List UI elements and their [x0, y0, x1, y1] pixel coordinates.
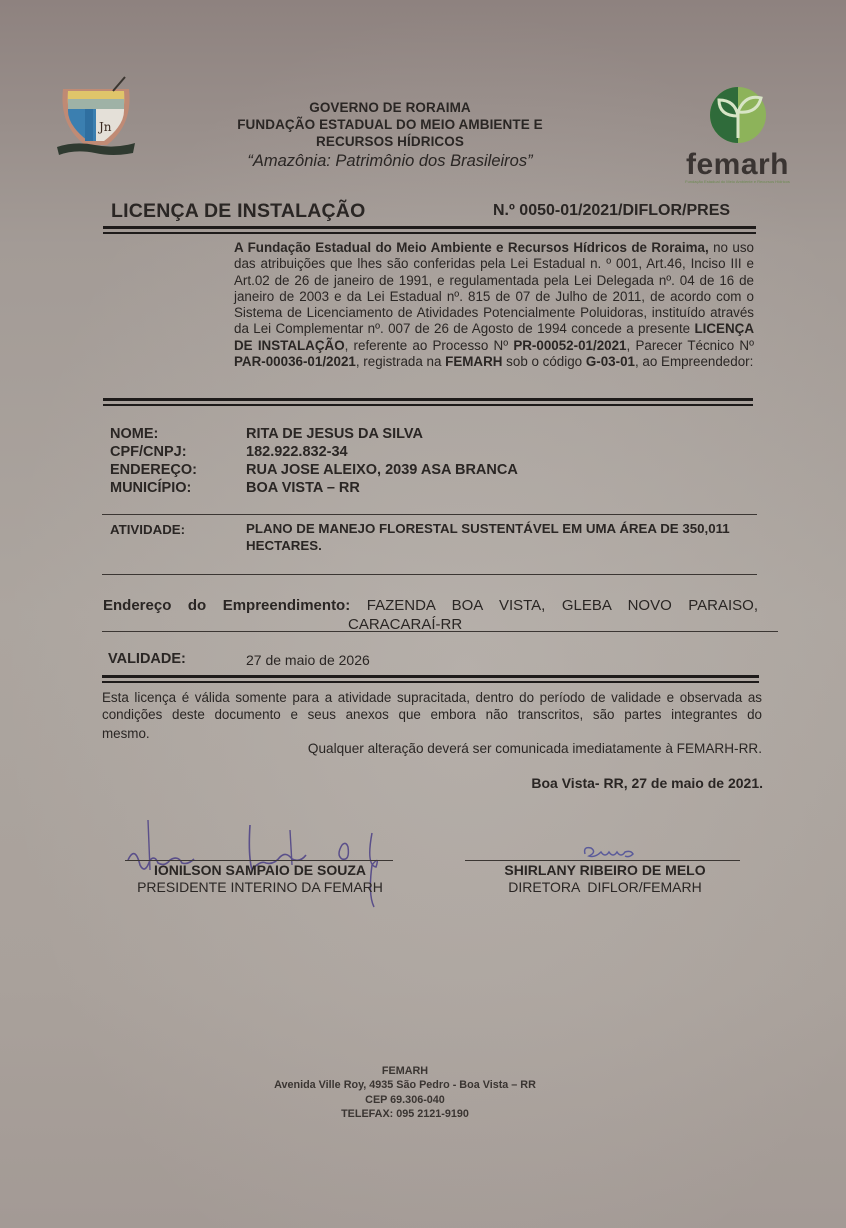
divider	[103, 226, 756, 234]
signature-line	[125, 860, 393, 861]
document-title: LICENÇA DE INSTALAÇÃO	[111, 200, 365, 223]
government-name: GOVERNO DE RORAIMA	[190, 99, 590, 116]
roraima-state-coat-of-arms-icon: Jn	[55, 75, 137, 163]
motto: “Amazônia: Patrimônio dos Brasileiros”	[190, 151, 590, 171]
address-value: RUA JOSE ALEIXO, 2039 ASA BRANCA	[246, 462, 518, 480]
process-number: PR-00052-01/2021	[513, 338, 626, 353]
registration-code: G-03-01	[586, 354, 635, 369]
address-label: ENDEREÇO:	[110, 462, 197, 480]
signer-name: IONILSON SAMPAIO DE SOUZA	[110, 862, 410, 879]
validity-value: 27 de maio de 2026	[246, 652, 370, 668]
divider	[102, 675, 759, 683]
name-value: RITA DE JESUS DA SILVA	[246, 426, 423, 444]
document-number: N.º 0050-01/2021/DIFLOR/PRES	[493, 202, 730, 220]
footer-address: Avenida Ville Roy, 4935 São Pedro - Boa …	[240, 1078, 570, 1092]
name-label: NOME:	[110, 426, 158, 444]
femarh-logo: femarh Fundação Estadual do Meio Ambient…	[680, 86, 795, 181]
intro-bold-femarh: FEMARH	[445, 354, 502, 369]
signature-block-director: SHIRLANY RIBEIRO DE MELO DIRETORA DIFLOR…	[470, 862, 740, 896]
signature-line	[465, 860, 740, 861]
signer-role: DIRETORA DIFLOR/FEMARH	[470, 879, 740, 896]
signature-block-president: IONILSON SAMPAIO DE SOUZA PRESIDENTE INT…	[110, 862, 410, 896]
license-document: Jn GOVERNO DE RORAIMA FUNDAÇÃO ESTADUAL …	[0, 0, 846, 1228]
intro-paragraph: A Fundação Estadual do Meio Ambiente e R…	[234, 240, 754, 370]
foundation-name-line1: FUNDAÇÃO ESTADUAL DO MEIO AMBIENTE E	[190, 116, 590, 133]
municipality-label: MUNICÍPIO:	[110, 480, 191, 498]
cpf-cnpj-label: CPF/CNPJ:	[110, 444, 187, 462]
divider	[102, 574, 757, 575]
cpf-cnpj-value: 182.922.832-34	[246, 444, 348, 462]
footer-org: FEMARH	[240, 1064, 570, 1078]
femarh-logo-subtitle: Fundação Estadual do Meio Ambiente e Rec…	[680, 179, 795, 184]
footer-contact: FEMARH Avenida Ville Roy, 4935 São Pedro…	[240, 1064, 570, 1121]
svg-text:Jn: Jn	[97, 120, 112, 134]
enterprise-address-label: Endereço do Empreendimento:	[103, 597, 350, 614]
header-institution: GOVERNO DE RORAIMA FUNDAÇÃO ESTADUAL DO …	[190, 99, 590, 171]
place-and-date: Boa Vista- RR, 27 de maio de 2021.	[531, 775, 763, 791]
validity-label: VALIDADE:	[108, 651, 186, 667]
intro-text: , referente ao Processo Nº	[345, 338, 514, 353]
change-notice: Qualquer alteração deverá ser comunicada…	[308, 741, 762, 756]
divider	[102, 631, 778, 632]
footer-phone: TELEFAX: 095 2121-9190	[240, 1107, 570, 1121]
activity-label: ATIVIDADE:	[110, 521, 185, 539]
conditions-text-end: mesmo.	[102, 726, 150, 743]
divider	[103, 398, 753, 406]
femarh-logo-text: femarh	[680, 151, 795, 179]
municipality-value: BOA VISTA – RR	[246, 480, 360, 498]
intro-text: sob o código	[502, 354, 585, 369]
technical-opinion-number: PAR-00036-01/2021	[234, 354, 356, 369]
intro-text: , Parecer Técnico Nº	[627, 338, 755, 353]
intro-text: , registrada na	[356, 354, 445, 369]
signer-role: PRESIDENTE INTERINO DA FEMARH	[110, 879, 410, 896]
intro-text: , ao Empreendedor:	[635, 354, 753, 369]
intro-bold-foundation: A Fundação Estadual do Meio Ambiente e R…	[234, 240, 709, 255]
conditions-text: Esta licença é válida somente para a ati…	[102, 690, 762, 724]
sprout-leaf-icon	[705, 86, 771, 144]
activity-value: PLANO DE MANEJO FLORESTAL SUSTENTÁVEL EM…	[246, 521, 771, 554]
signer-name: SHIRLANY RIBEIRO DE MELO	[470, 862, 740, 879]
footer-cep: CEP 69.306-040	[240, 1093, 570, 1107]
divider	[102, 514, 757, 515]
enterprise-address-value: FAZENDA BOA VISTA, GLEBA NOVO PARAISO,	[367, 597, 758, 614]
enterprise-address: Endereço do Empreendimento: FAZENDA BOA …	[103, 596, 758, 615]
foundation-name-line2: RECURSOS HÍDRICOS	[190, 133, 590, 150]
